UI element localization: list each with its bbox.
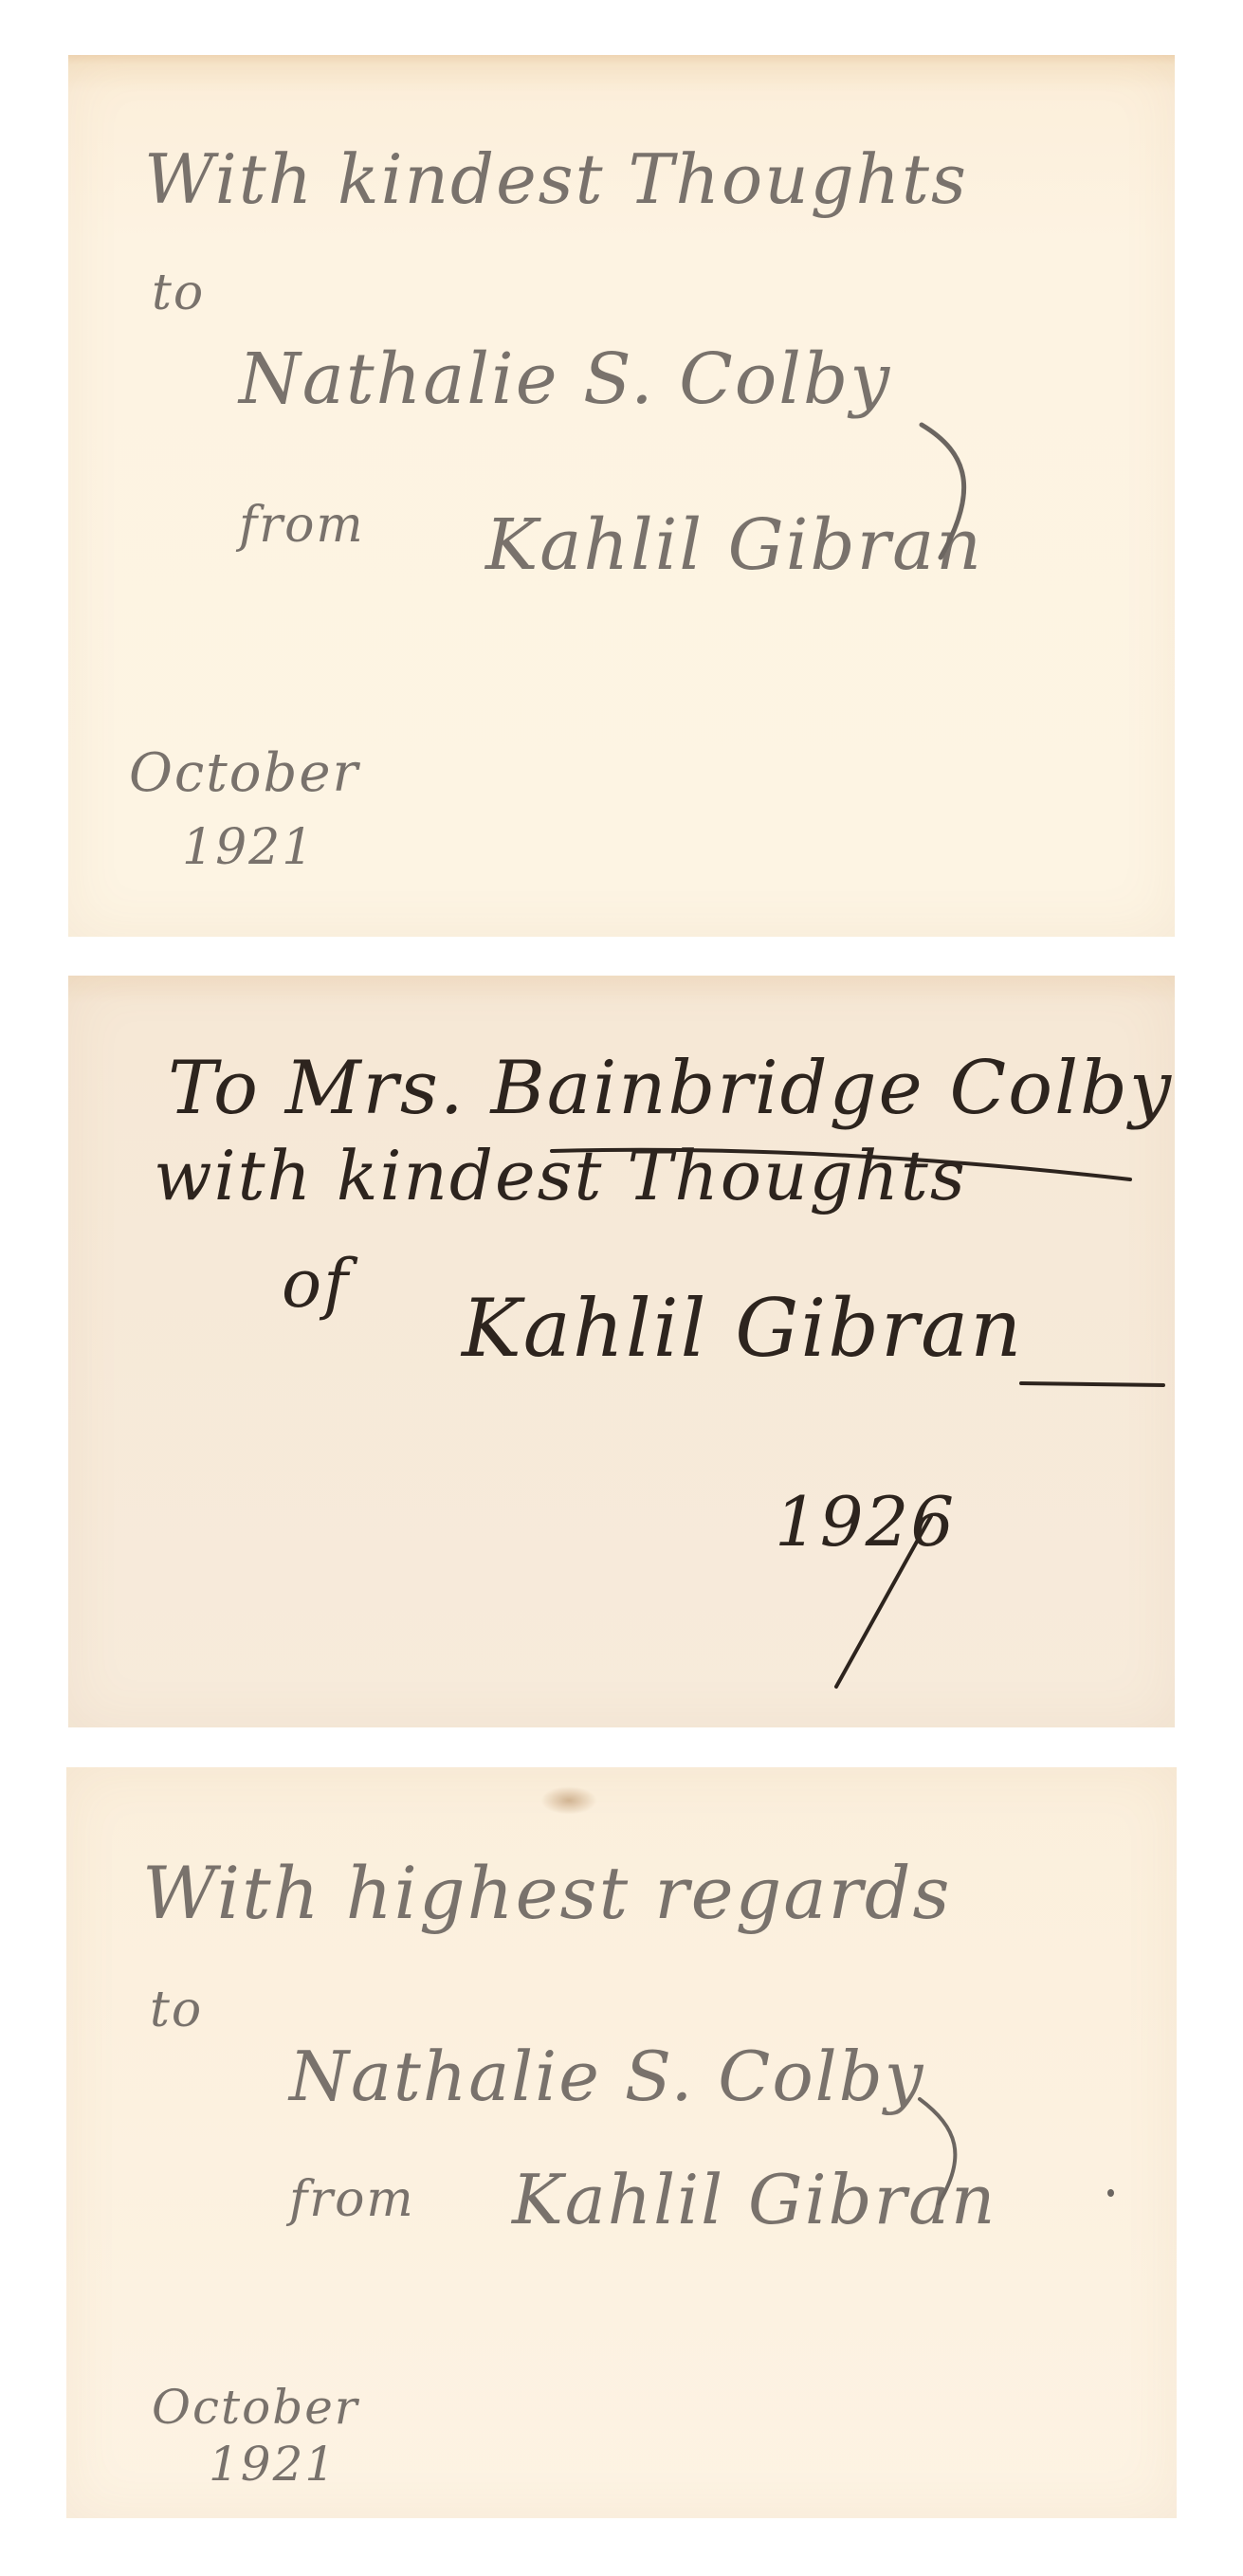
signature-tail-stroke (1016, 1364, 1168, 1402)
inscription-panel-2: To Mrs. Bainbridge Colby with kindest Th… (68, 976, 1175, 1727)
greeting-line: With highest regards (142, 1857, 952, 1929)
pencil-dot (1107, 2189, 1114, 2197)
from-word: from (239, 501, 365, 550)
date-month: October (152, 2384, 359, 2431)
date-month: October (129, 747, 359, 800)
greeting-line: With kindest Thoughts (144, 145, 968, 213)
greeting-line: with kindest Thoughts (154, 1142, 967, 1210)
to-line: to (152, 268, 205, 318)
foxing-stain (540, 1786, 597, 1815)
signature: Kahlil Gibran (512, 2165, 996, 2234)
date-year: 1921 (182, 823, 315, 872)
of-word: of (282, 1251, 350, 1317)
inscription-panel-3: With highest regards to Nathalie S. Colb… (66, 1767, 1177, 2518)
signature: Kahlil Gibran (485, 510, 983, 580)
to-line: to (150, 1985, 203, 2035)
inscription-panel-1: With kindest Thoughts to Nathalie S. Col… (68, 55, 1175, 937)
from-word: from (289, 2175, 415, 2224)
date-year: 1926 (775, 1488, 956, 1556)
recipient-name: Nathalie S. Colby (289, 2042, 924, 2110)
signature: Kahlil Gibran (462, 1288, 1023, 1368)
recipient-name: Nathalie S. Colby (239, 344, 891, 414)
recipient-line: To Mrs. Bainbridge Colby (168, 1051, 1173, 1125)
date-year: 1921 (209, 2440, 337, 2488)
